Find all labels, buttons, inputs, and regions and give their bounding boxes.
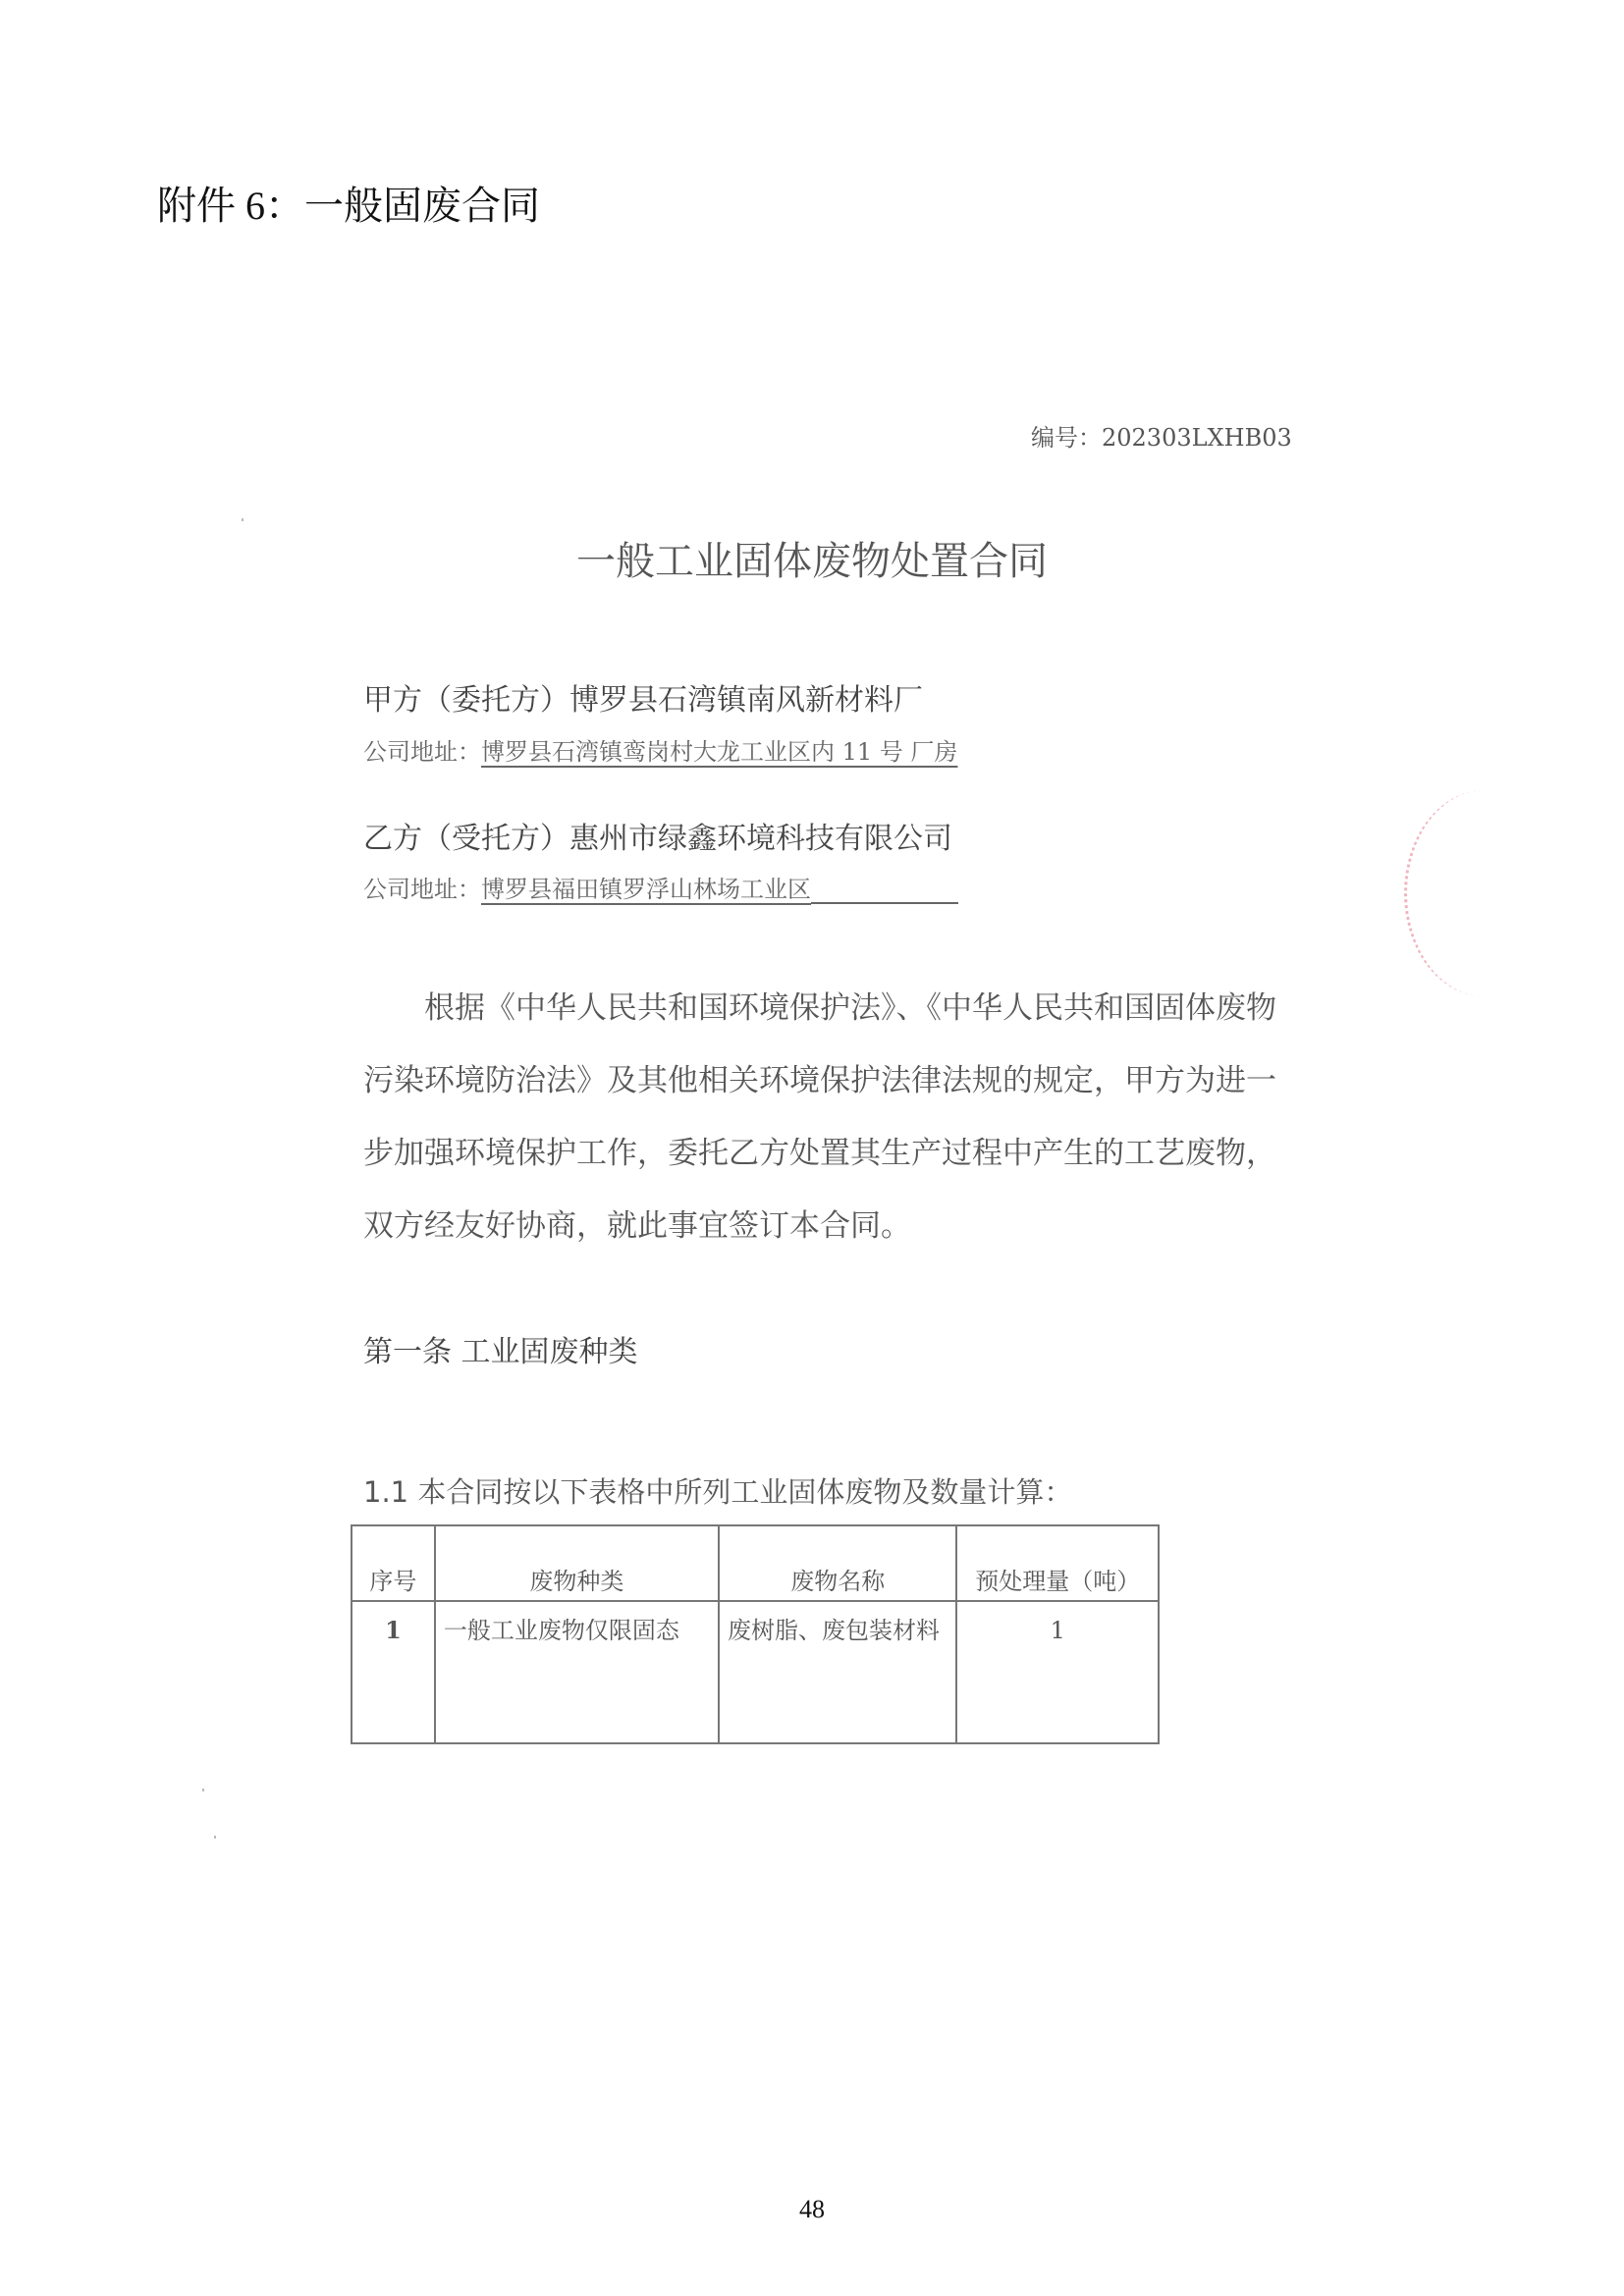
blank-underline <box>811 879 958 904</box>
contract-number: 编号：202303LXHB03 <box>1031 418 1292 453</box>
col-header-waste-category: 废物种类 <box>435 1525 719 1601</box>
party-a-address: 公司地址：博罗县石湾镇鸾岗村大龙工业区内 11 号 厂房 <box>363 732 957 767</box>
waste-table: 序号 废物种类 废物名称 预处理量（吨） 1 一般工业废物仅限固态 废树脂、废包… <box>351 1524 1160 1744</box>
party-b-address-value: 博罗县福田镇罗浮山林场工业区 <box>481 876 811 903</box>
page-number: 48 <box>0 2195 1624 2224</box>
col-header-quantity: 预处理量（吨） <box>956 1525 1159 1601</box>
col-header-waste-name: 废物名称 <box>719 1525 956 1601</box>
address-label: 公司地址： <box>363 876 481 903</box>
col-header-seq: 序号 <box>352 1525 435 1601</box>
scan-speck <box>242 518 244 521</box>
party-a: 甲方（委托方）博罗县石湾镇南风新材料厂 <box>363 675 923 719</box>
table-header-row: 序号 废物种类 废物名称 预处理量（吨） <box>352 1525 1159 1601</box>
preamble-paragraph: 根据《中华人民共和国环境保护法》、《中华人民共和国固体废物污染环境防治法》及其他… <box>363 972 1306 1262</box>
cell-waste-category: 一般工业废物仅限固态 <box>435 1601 719 1743</box>
party-b: 乙方（受托方）惠州市绿鑫环境科技有限公司 <box>363 814 952 857</box>
attachment-title: 附件 6：一般固废合同 <box>157 175 540 231</box>
company-seal-stamp <box>1404 790 1564 996</box>
preamble-text: 根据《中华人民共和国环境保护法》、《中华人民共和国固体废物污染环境防治法》及其他… <box>363 990 1276 1244</box>
scan-speck <box>202 1789 204 1791</box>
party-b-address: 公司地址：博罗县福田镇罗浮山林场工业区 <box>363 870 958 904</box>
clause-1-1: 1.1 本合同按以下表格中所列工业固体废物及数量计算： <box>363 1470 1072 1511</box>
address-label: 公司地址： <box>363 738 481 766</box>
section-heading: 第一条 工业固废种类 <box>363 1327 638 1370</box>
document-title: 一般工业固体废物处置合同 <box>0 530 1624 586</box>
cell-waste-name: 废树脂、废包装材料 <box>719 1601 956 1743</box>
cell-quantity: 1 <box>956 1601 1159 1743</box>
table-row: 1 一般工业废物仅限固态 废树脂、废包装材料 1 <box>352 1601 1159 1743</box>
party-a-address-value: 博罗县石湾镇鸾岗村大龙工业区内 11 号 厂房 <box>481 738 957 766</box>
scan-speck <box>214 1836 216 1839</box>
cell-seq: 1 <box>352 1601 435 1743</box>
